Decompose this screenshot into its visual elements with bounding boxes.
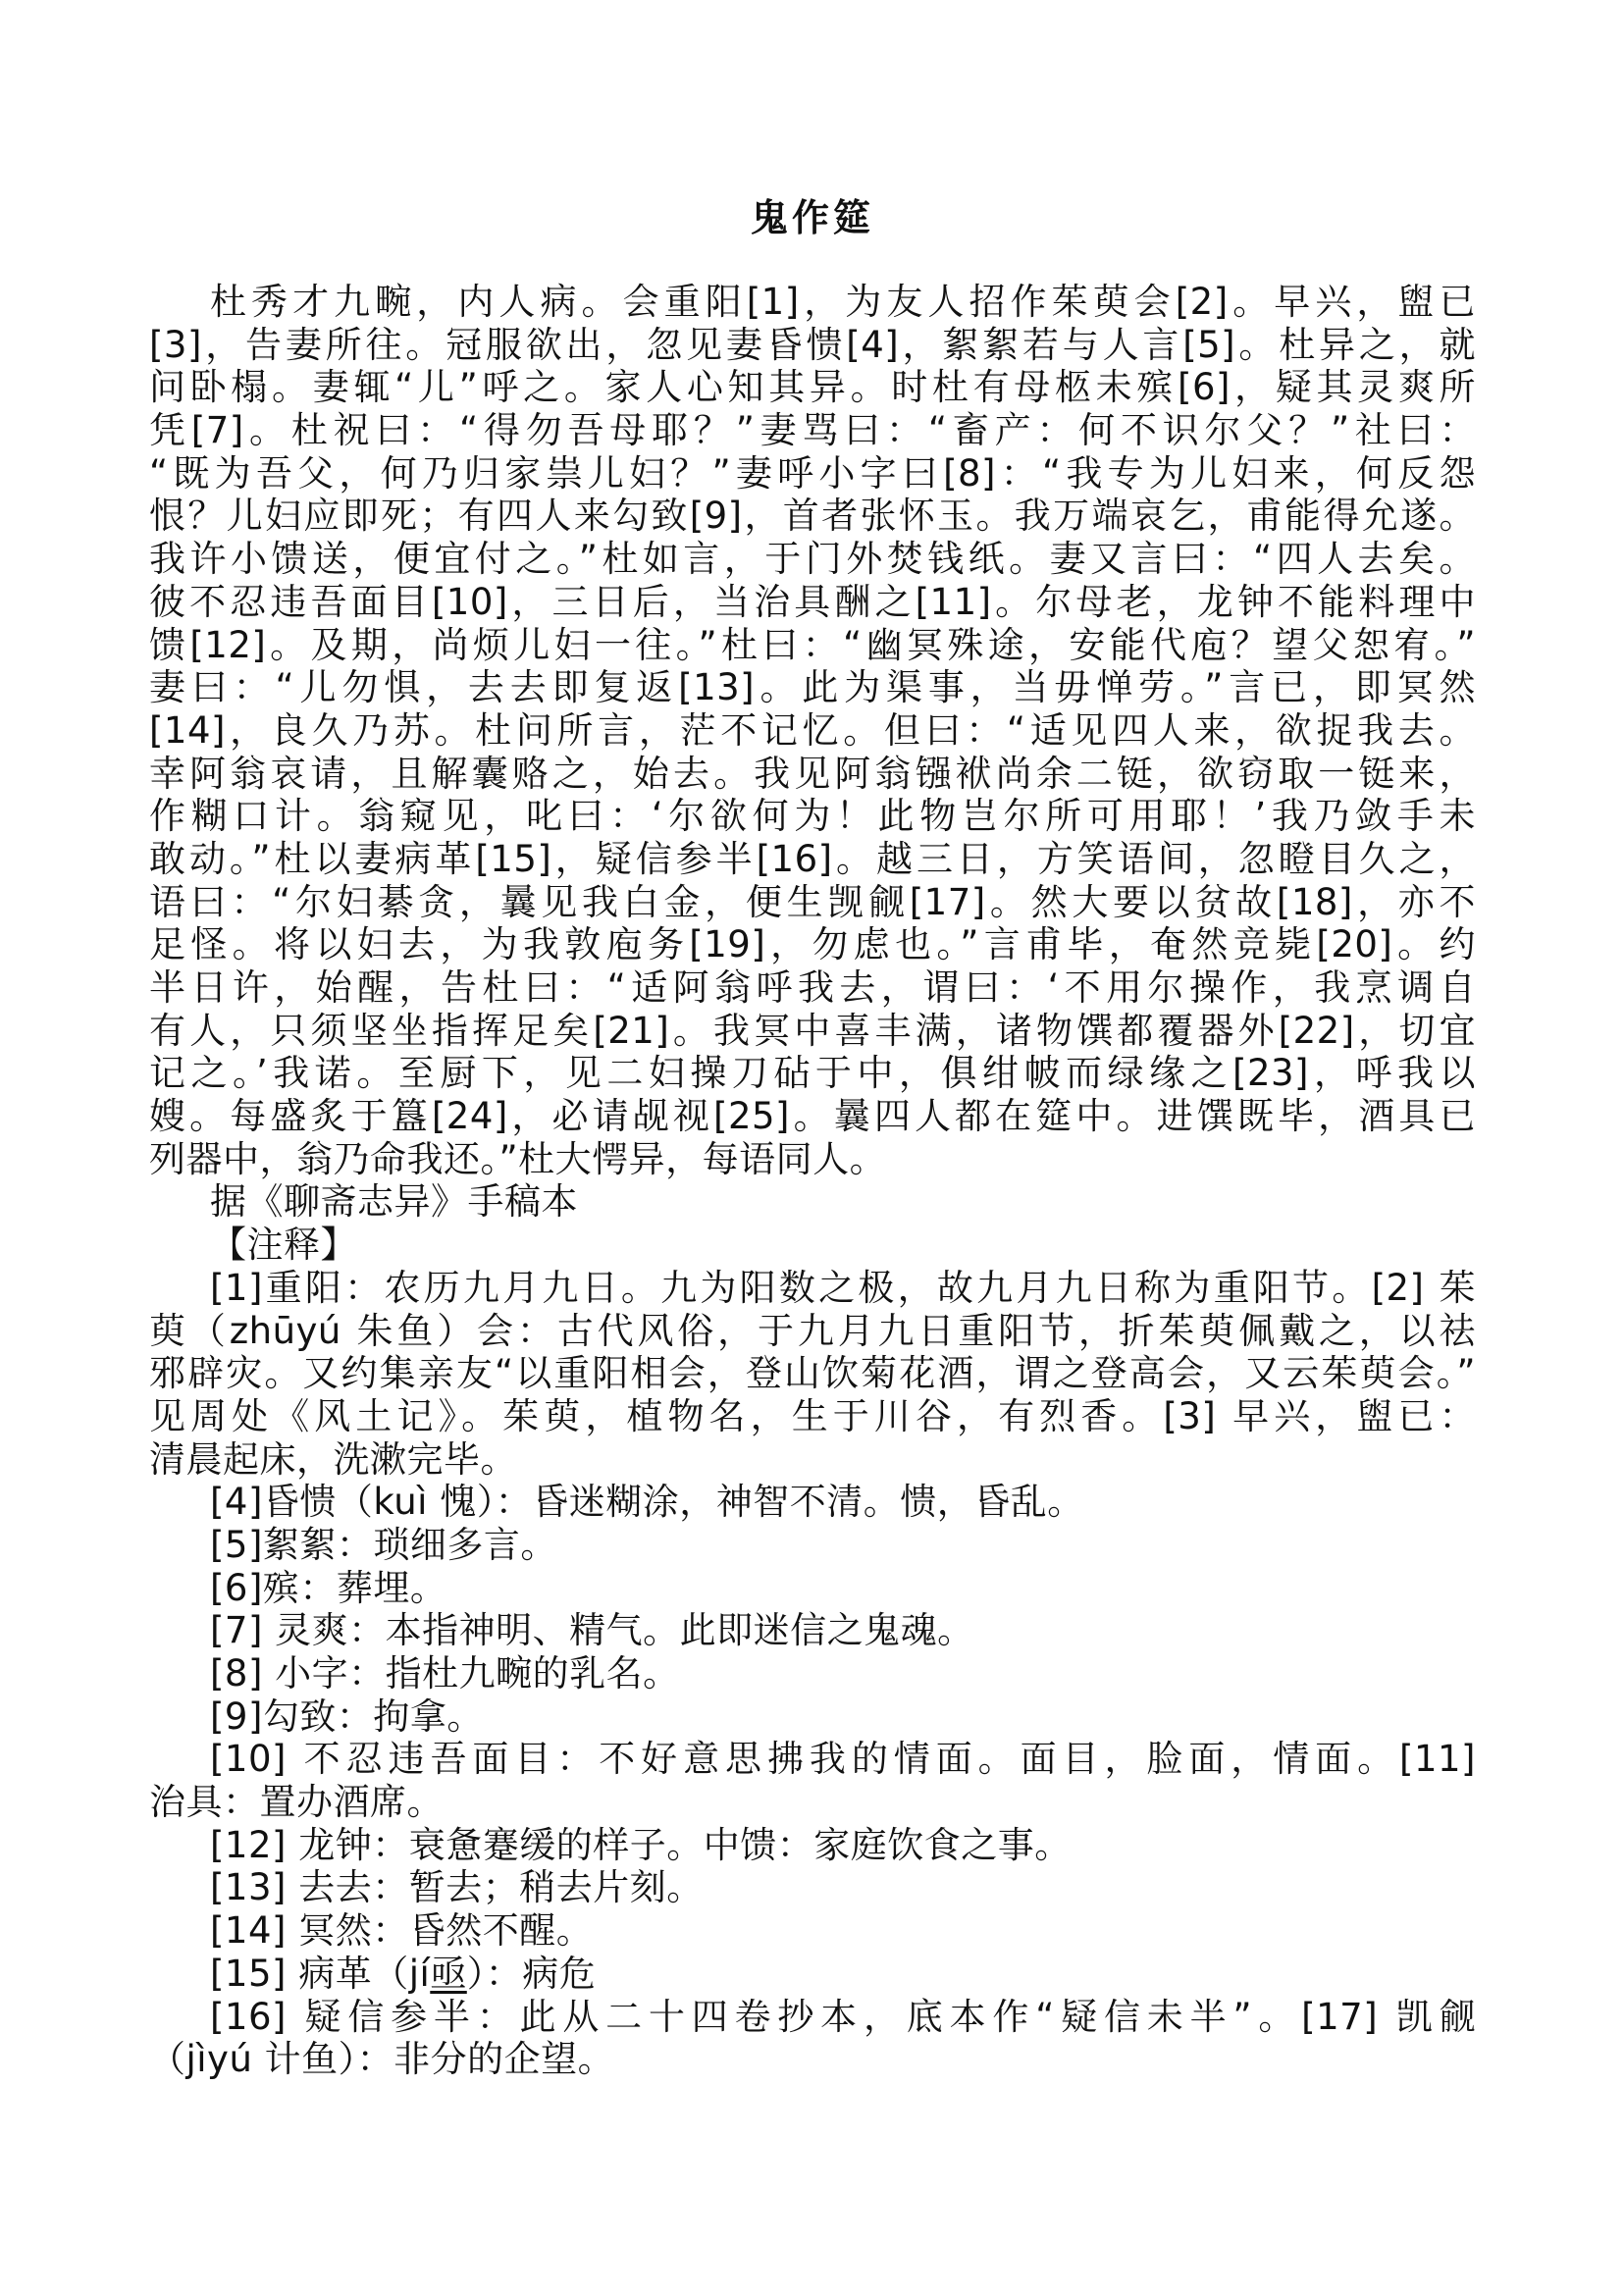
text-line: 杜秀才九畹，内人病。会重阳[1]，为友人招作茱萸会[2]。早兴，盥已	[149, 281, 1476, 324]
text-line: [14]，良久乃苏。杜问所言，茫不记忆。但曰：“适见四人来，欲捉我去。	[149, 709, 1476, 753]
document-body: 杜秀才九畹，内人病。会重阳[1]，为友人招作茱萸会[2]。早兴，盥已[3]，告妻…	[149, 281, 1476, 2081]
text-line: 据《聊斋志异》手稿本	[149, 1180, 1476, 1224]
text-line: “既为吾父，何乃归家祟儿妇？”妻呼小字曰[8]：“我专为儿妇来，何反怨	[149, 452, 1476, 495]
story-title: 鬼作筵	[149, 196, 1476, 239]
text-line: [7] 灵爽：本指神明、精气。此即迷信之鬼魂。	[149, 1609, 1476, 1652]
document-page: 鬼作筵 杜秀才九畹，内人病。会重阳[1]，为友人招作茱萸会[2]。早兴，盥已[3…	[0, 0, 1624, 2294]
text-line: [1]重阳：农历九月九日。九为阳数之极，故九月九日称为重阳节。[2] 茱	[149, 1267, 1476, 1310]
text-line: （jìyú 计鱼）：非分的企望。	[149, 2038, 1476, 2081]
text-line: [6]殡：葬埋。	[149, 1567, 1476, 1610]
text-line: [4]昏愦（kuì 愧）：昏迷糊涂，神智不清。愦，昏乱。	[149, 1481, 1476, 1524]
text-line: 【注释】	[149, 1224, 1476, 1267]
text-line: [9]勾致：拘拿。	[149, 1695, 1476, 1739]
text-line: 馈[12]。及期，尚烦儿妇一往。”杜曰：“幽冥殊途，安能代庖？望父恕宥。”	[149, 624, 1476, 667]
text-line: [8] 小字：指杜九畹的乳名。	[149, 1652, 1476, 1695]
text-line: [15] 病革（jí亟）：病危	[149, 1953, 1476, 1996]
text-line: [3]，告妻所往。冠服欲出，忽见妻昏愦[4]，絮絮若与人言[5]。杜异之，就	[149, 324, 1476, 367]
text-line: [16] 疑信参半：此从二十四卷抄本，底本作“疑信未半”。[17] 凯觎	[149, 1996, 1476, 2039]
text-line: 恨？儿妇应即死；有四人来勾致[9]，首者张怀玉。我万端哀乞，甫能得允遂。	[149, 495, 1476, 538]
text-line: 凭[7]。杜祝曰：“得勿吾母耶？”妻骂曰：“畜产：何不识尔父？”社曰：	[149, 409, 1476, 452]
text-line: 问卧榻。妻辄“儿”呼之。家人心知其异。时杜有母柩未殡[6]，疑其灵爽所	[149, 366, 1476, 409]
text-line: 治具：置办酒席。	[149, 1781, 1476, 1824]
text-line: [12] 龙钟：衰惫蹇缓的样子。中馈：家庭饮食之事。	[149, 1824, 1476, 1867]
text-line: [5]絮絮：琐细多言。	[149, 1524, 1476, 1567]
text-line: 语曰：“尔妇綦贪，曩见我白金，便生觊觎[17]。然大要以贫故[18]，亦不	[149, 881, 1476, 924]
text-line: 邪辟灾。又约集亲友“以重阳相会，登山饮菊花酒，谓之登高会，又云茱萸会。”	[149, 1352, 1476, 1395]
text-line: 我许小馈送，便宜付之。”杜如言，于门外焚钱纸。妻又言曰：“四人去矣。	[149, 538, 1476, 581]
text-line: 列器中，翁乃命我还。”杜大愕异，每语同人。	[149, 1138, 1476, 1181]
text-line: 见周处《风土记》。茱萸，植物名，生于川谷，有烈香。[3] 早兴，盥已：	[149, 1395, 1476, 1438]
text-line: 敢动。”杜以妻病革[15]，疑信参半[16]。越三日，方笑语间，忽瞪目久之，	[149, 838, 1476, 881]
text-line: [14] 冥然：昏然不醒。	[149, 1909, 1476, 1953]
text-line: 嫂。每盛炙于簋[24]，必请觇视[25]。曩四人都在筵中。进馔既毕，酒具已	[149, 1095, 1476, 1138]
text-line: 记之。’我诺。至厨下，见二妇操刀砧于中，俱绀帔而绿缘之[23]，呼我以	[149, 1052, 1476, 1095]
text-line: 清晨起床，洗漱完毕。	[149, 1438, 1476, 1482]
text-line: [13] 去去：暂去；稍去片刻。	[149, 1866, 1476, 1909]
text-line: 萸（zhūyú 朱鱼）会：古代风俗，于九月九日重阳节，折茱萸佩戴之，以祛	[149, 1310, 1476, 1353]
text-line: 彼不忍违吾面目[10]，三日后，当治具酬之[11]。尔母老，龙钟不能料理中	[149, 581, 1476, 624]
text-line: 幸阿翁哀请，且解囊赂之，始去。我见阿翁镪袱尚余二铤，欲窃取一铤来，	[149, 753, 1476, 796]
text-line: 有人，只须坚坐指挥足矣[21]。我冥中喜丰满，诸物馔都覆器外[22]，切宜	[149, 1010, 1476, 1053]
text-line: 作糊口计。翁窥见，叱曰：‘尔欲何为！此物岂尔所可用耶！’我乃敛手未	[149, 795, 1476, 838]
text-line: [10] 不忍违吾面目：不好意思拂我的情面。面目，脸面，情面。[11]	[149, 1738, 1476, 1781]
text-line: 妻曰：“儿勿惧，去去即复返[13]。此为渠事，当毋惮劳。”言已，即冥然	[149, 666, 1476, 709]
text-line: 半日许，始醒，告杜曰：“适阿翁呼我去，谓曰：‘不用尔操作，我烹调自	[149, 966, 1476, 1010]
text-line: 足怪。将以妇去，为我敦庖务[19]，勿虑也。”言甫毕，奄然竞毙[20]。约	[149, 923, 1476, 966]
